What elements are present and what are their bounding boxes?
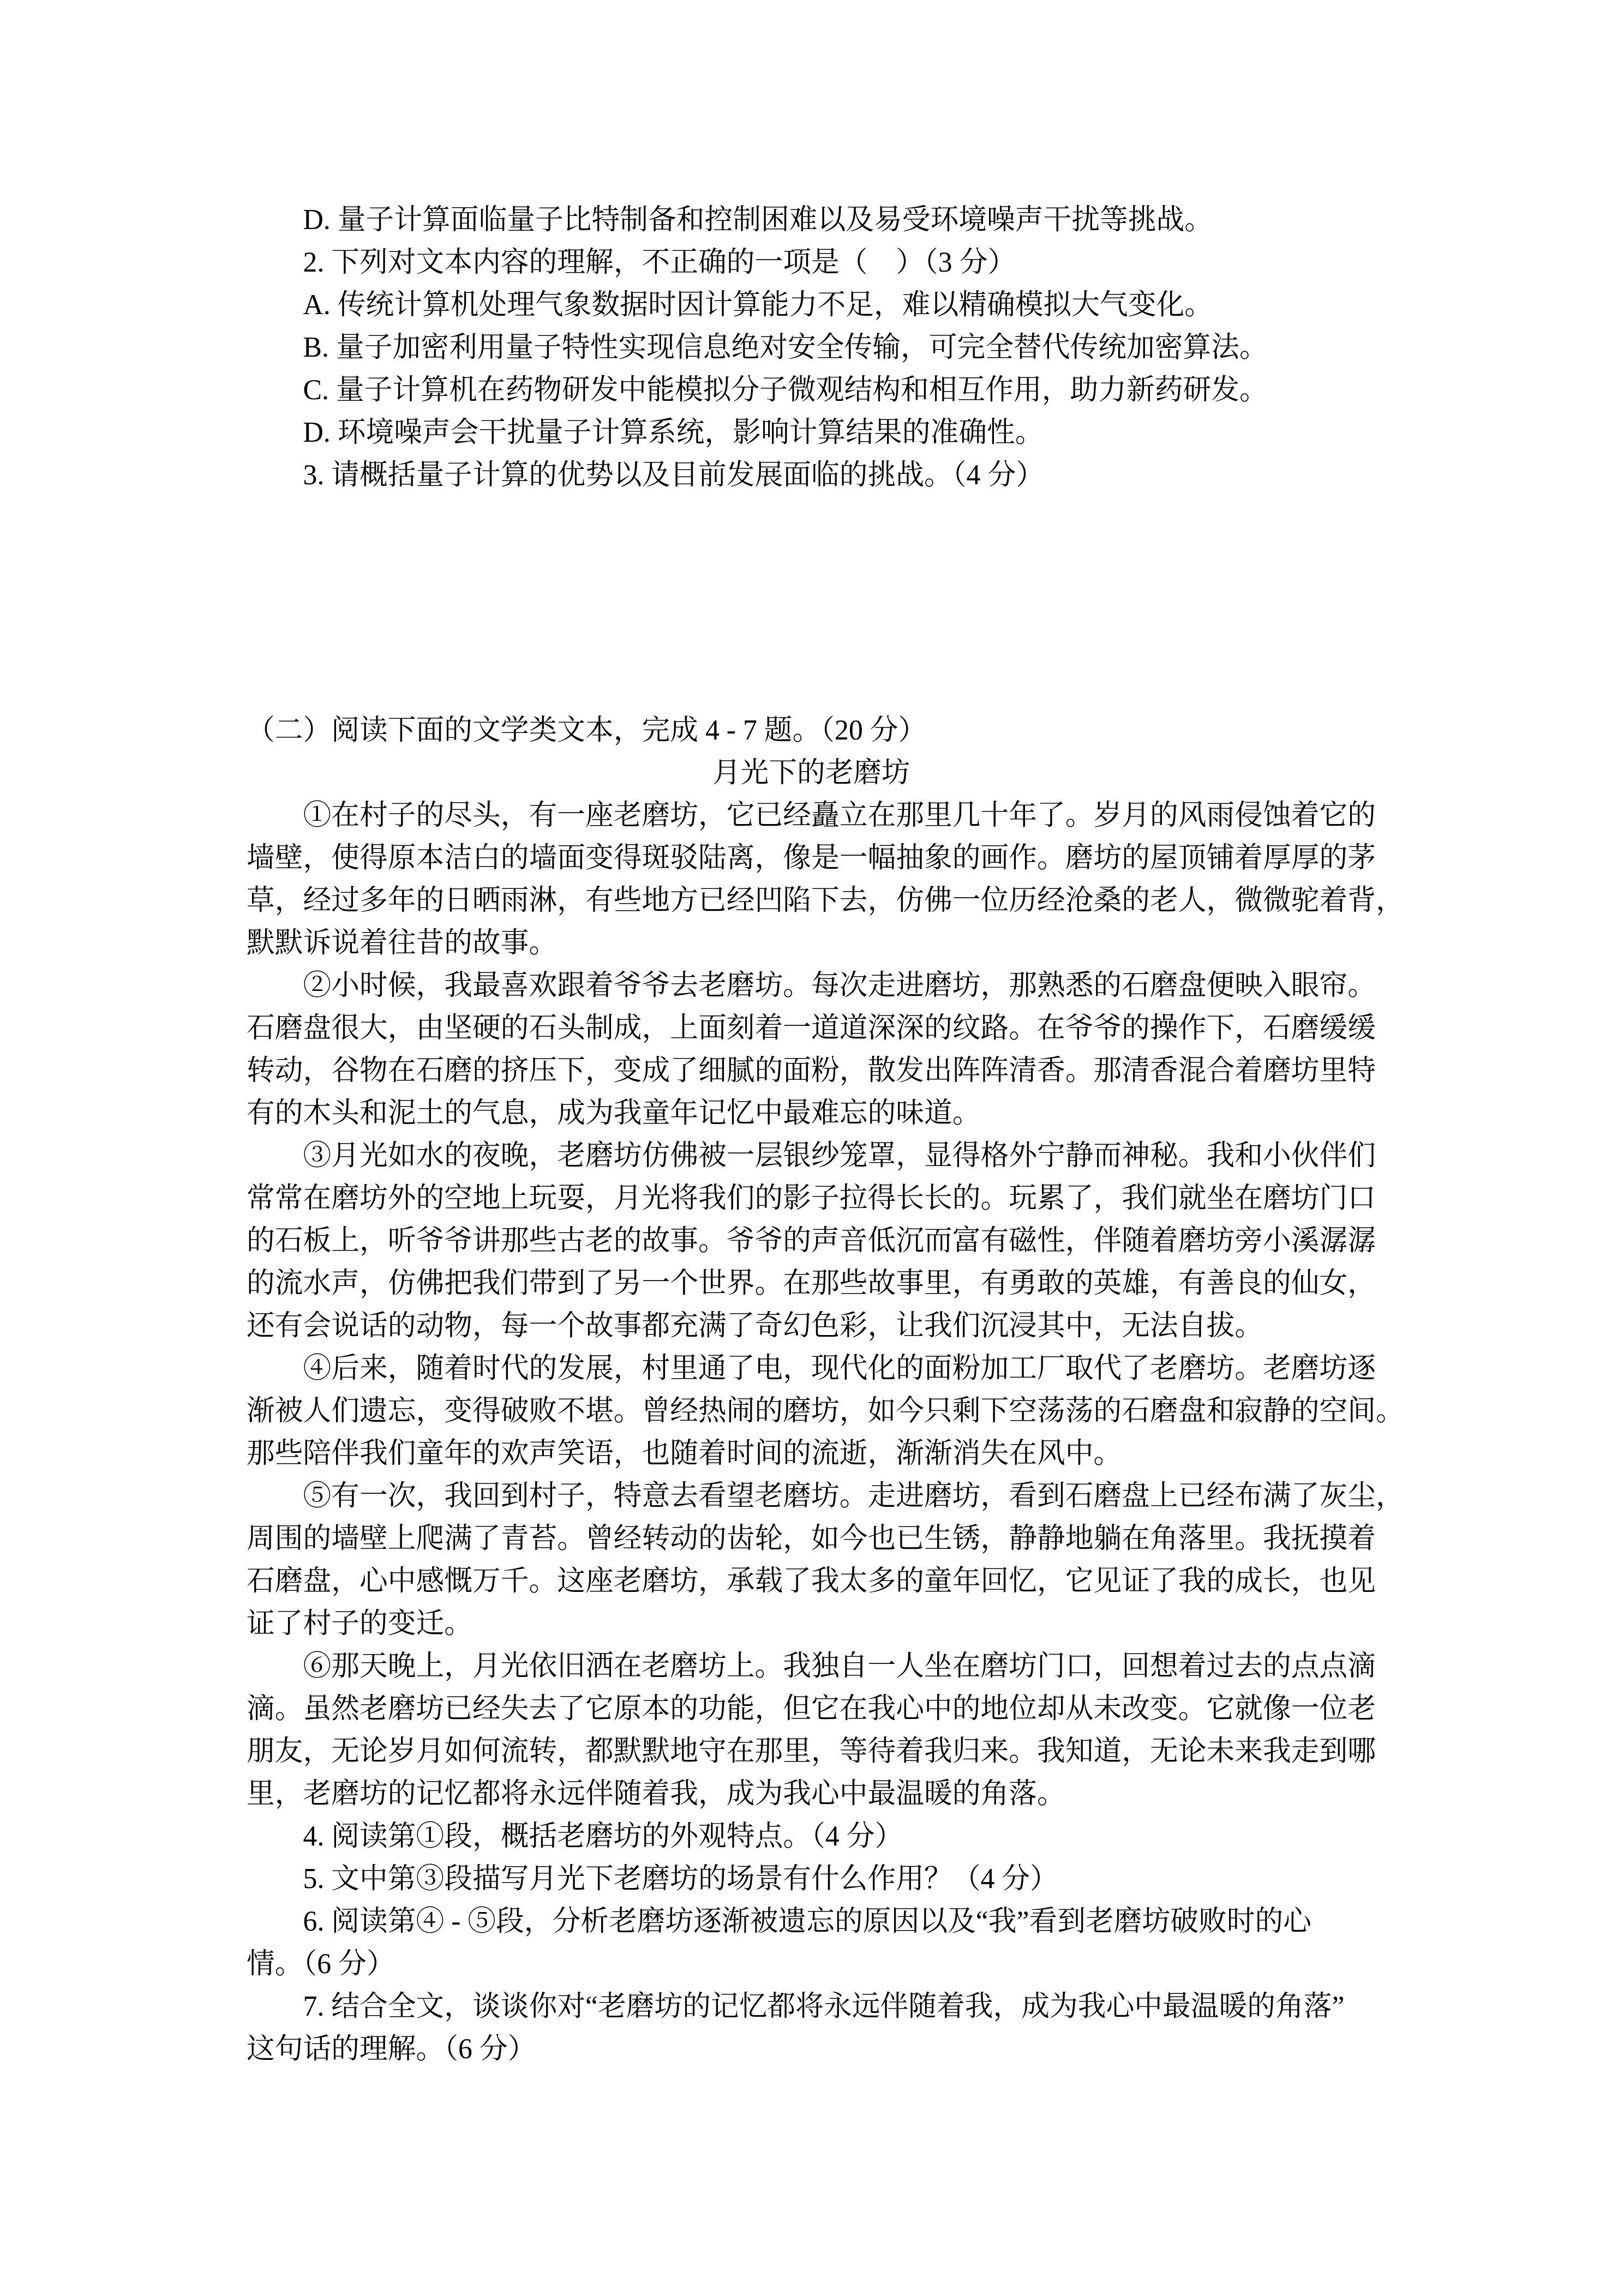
question-6-continued: 情。（6 分） (247, 1943, 1376, 1986)
question-6: 6. 阅读第④ - ⑤段，分析老磨坊逐渐被遗忘的原因以及“我”看到老磨坊破败时的… (247, 1901, 1376, 1943)
paragraph-line: 周围的墙壁上爬满了青苔。曾经转动的齿轮，如今也已生锈，静静地躺在角落里。我抚摸着 (247, 1518, 1376, 1560)
prior-passage-questions: D. 量子计算面临量子比特制备和控制困难以及易受环境噪声干扰等挑战。2. 下列对… (247, 199, 1376, 497)
blank-gap (247, 497, 1376, 710)
question-3: 3. 请概括量子计算的优势以及目前发展面临的挑战。（4 分） (247, 454, 1376, 497)
paragraph-line: 还有会说话的动物，每一个故事都充满了奇幻色彩，让我们沉浸其中，无法自拔。 (247, 1305, 1376, 1348)
question-7: 7. 结合全文，谈谈你对“老磨坊的记忆都将永远伴随着我，成为我心中最温暖的角落” (247, 1986, 1376, 2028)
question-7-continued: 这句话的理解。（6 分） (247, 2028, 1376, 2071)
paragraph-4: ④后来，随着时代的发展，村里通了电，现代化的面粉加工厂取代了老磨坊。老磨坊逐渐被… (247, 1348, 1376, 1475)
paragraph-line: 滴。虽然老磨坊已经失去了它原本的功能，但它在我心中的地位却从未改变。它就像一位老 (247, 1688, 1376, 1730)
paragraph-line: 的流水声，仿佛把我们带到了另一个世界。在那些故事里，有勇敢的英雄，有善良的仙女， (247, 1263, 1376, 1305)
paragraph-line: 转动，谷物在石磨的挤压下，变成了细腻的面粉，散发出阵阵清香。那清香混合着磨坊里特 (247, 1050, 1376, 1092)
paragraph-line: 草，经过多年的日晒雨淋，有些地方已经凹陷下去，仿佛一位历经沧桑的老人，微微驼着背… (247, 880, 1376, 922)
paragraph-line: ①在村子的尽头，有一座老磨坊，它已经矗立在那里几十年了。岁月的风雨侵蚀着它的 (247, 795, 1376, 837)
section-heading: （二）阅读下面的文学类文本，完成 4 - 7 题。（20 分） (247, 710, 1376, 752)
paragraph-line: 默默诉说着往昔的故事。 (247, 922, 1376, 965)
paragraph-line: ④后来，随着时代的发展，村里通了电，现代化的面粉加工厂取代了老磨坊。老磨坊逐 (247, 1348, 1376, 1390)
choice-a-question-2: A. 传统计算机处理气象数据时因计算能力不足，难以精确模拟大气变化。 (247, 284, 1376, 327)
paragraph-3: ③月光如水的夜晚，老磨坊仿佛被一层银纱笼罩，显得格外宁静而神秘。我和小伙伴们常常… (247, 1135, 1376, 1348)
choice-b-question-2: B. 量子加密利用量子特性实现信息绝对安全传输，可完全替代传统加密算法。 (247, 327, 1376, 369)
paragraph-line: ②小时候，我最喜欢跟着爷爷去老磨坊。每次走进磨坊，那熟悉的石磨盘便映入眼帘。 (247, 965, 1376, 1007)
paragraph-line: 朋友，无论岁月如何流转，都默默地守在那里，等待着我归来。我知道，无论未来我走到哪 (247, 1730, 1376, 1773)
paragraph-2: ②小时候，我最喜欢跟着爷爷去老磨坊。每次走进磨坊，那熟悉的石磨盘便映入眼帘。石磨… (247, 965, 1376, 1135)
question-5: 5. 文中第③段描写月光下老磨坊的场景有什么作用？（4 分） (247, 1858, 1376, 1901)
paragraph-line: 石磨盘，心中感慨万千。这座老磨坊，承载了我太多的童年回忆，它见证了我的成长，也见 (247, 1560, 1376, 1603)
passage-title: 月光下的老磨坊 (247, 752, 1376, 795)
paragraph-line: 石磨盘很大，由坚硬的石头制成，上面刻着一道道深深的纹路。在爷爷的操作下，石磨缓缓 (247, 1007, 1376, 1050)
paragraph-line: 常常在磨坊外的空地上玩耍，月光将我们的影子拉得长长的。玩累了，我们就坐在磨坊门口 (247, 1177, 1376, 1220)
paragraph-line: 证了村子的变迁。 (247, 1603, 1376, 1645)
choice-d-question-1: D. 量子计算面临量子比特制备和控制困难以及易受环境噪声干扰等挑战。 (247, 199, 1376, 242)
choice-d-question-2: D. 环境噪声会干扰量子计算系统，影响计算结果的准确性。 (247, 412, 1376, 454)
question-4: 4. 阅读第①段，概括老磨坊的外观特点。（4 分） (247, 1816, 1376, 1858)
paragraph-1: ①在村子的尽头，有一座老磨坊，它已经矗立在那里几十年了。岁月的风雨侵蚀着它的墙壁… (247, 795, 1376, 965)
exam-page: D. 量子计算面临量子比特制备和控制困难以及易受环境噪声干扰等挑战。2. 下列对… (0, 0, 1624, 2296)
paragraph-line: ③月光如水的夜晚，老磨坊仿佛被一层银纱笼罩，显得格外宁静而神秘。我和小伙伴们 (247, 1135, 1376, 1177)
document-content: D. 量子计算面临量子比特制备和控制困难以及易受环境噪声干扰等挑战。2. 下列对… (247, 199, 1376, 2071)
paragraph-line: 有的木头和泥土的气息，成为我童年记忆中最难忘的味道。 (247, 1092, 1376, 1135)
paragraph-line: 的石板上，听爷爷讲那些古老的故事。爷爷的声音低沉而富有磁性，伴随着磨坊旁小溪潺潺 (247, 1220, 1376, 1263)
paragraph-line: 墙壁，使得原本洁白的墙面变得斑驳陆离，像是一幅抽象的画作。磨坊的屋顶铺着厚厚的茅 (247, 837, 1376, 880)
paragraph-6: ⑥那天晚上，月光依旧洒在老磨坊上。我独自一人坐在磨坊门口，回想着过去的点点滴滴。… (247, 1645, 1376, 1816)
paragraph-line: 里，老磨坊的记忆都将永远伴随着我，成为我心中最温暖的角落。 (247, 1773, 1376, 1816)
choice-c-question-2: C. 量子计算机在药物研发中能模拟分子微观结构和相互作用，助力新药研发。 (247, 369, 1376, 412)
passage-title-block: 月光下的老磨坊 (247, 752, 1376, 795)
paragraph-line: 渐被人们遗忘，变得破败不堪。曾经热闹的磨坊，如今只剩下空荡荡的石磨盘和寂静的空间… (247, 1390, 1376, 1433)
passage-questions: 4. 阅读第①段，概括老磨坊的外观特点。（4 分）5. 文中第③段描写月光下老磨… (247, 1816, 1376, 2071)
paragraph-line: 那些陪伴我们童年的欢声笑语，也随着时间的流逝，渐渐消失在风中。 (247, 1433, 1376, 1475)
paragraph-5: ⑤有一次，我回到村子，特意去看望老磨坊。走进磨坊，看到石磨盘上已经布满了灰尘，周… (247, 1475, 1376, 1645)
section-two-header: （二）阅读下面的文学类文本，完成 4 - 7 题。（20 分） (247, 710, 1376, 752)
paragraph-line: ⑤有一次，我回到村子，特意去看望老磨坊。走进磨坊，看到石磨盘上已经布满了灰尘， (247, 1475, 1376, 1518)
question-2: 2. 下列对文本内容的理解，不正确的一项是（ ）（3 分） (247, 242, 1376, 284)
paragraph-line: ⑥那天晚上，月光依旧洒在老磨坊上。我独自一人坐在磨坊门口，回想着过去的点点滴 (247, 1645, 1376, 1688)
